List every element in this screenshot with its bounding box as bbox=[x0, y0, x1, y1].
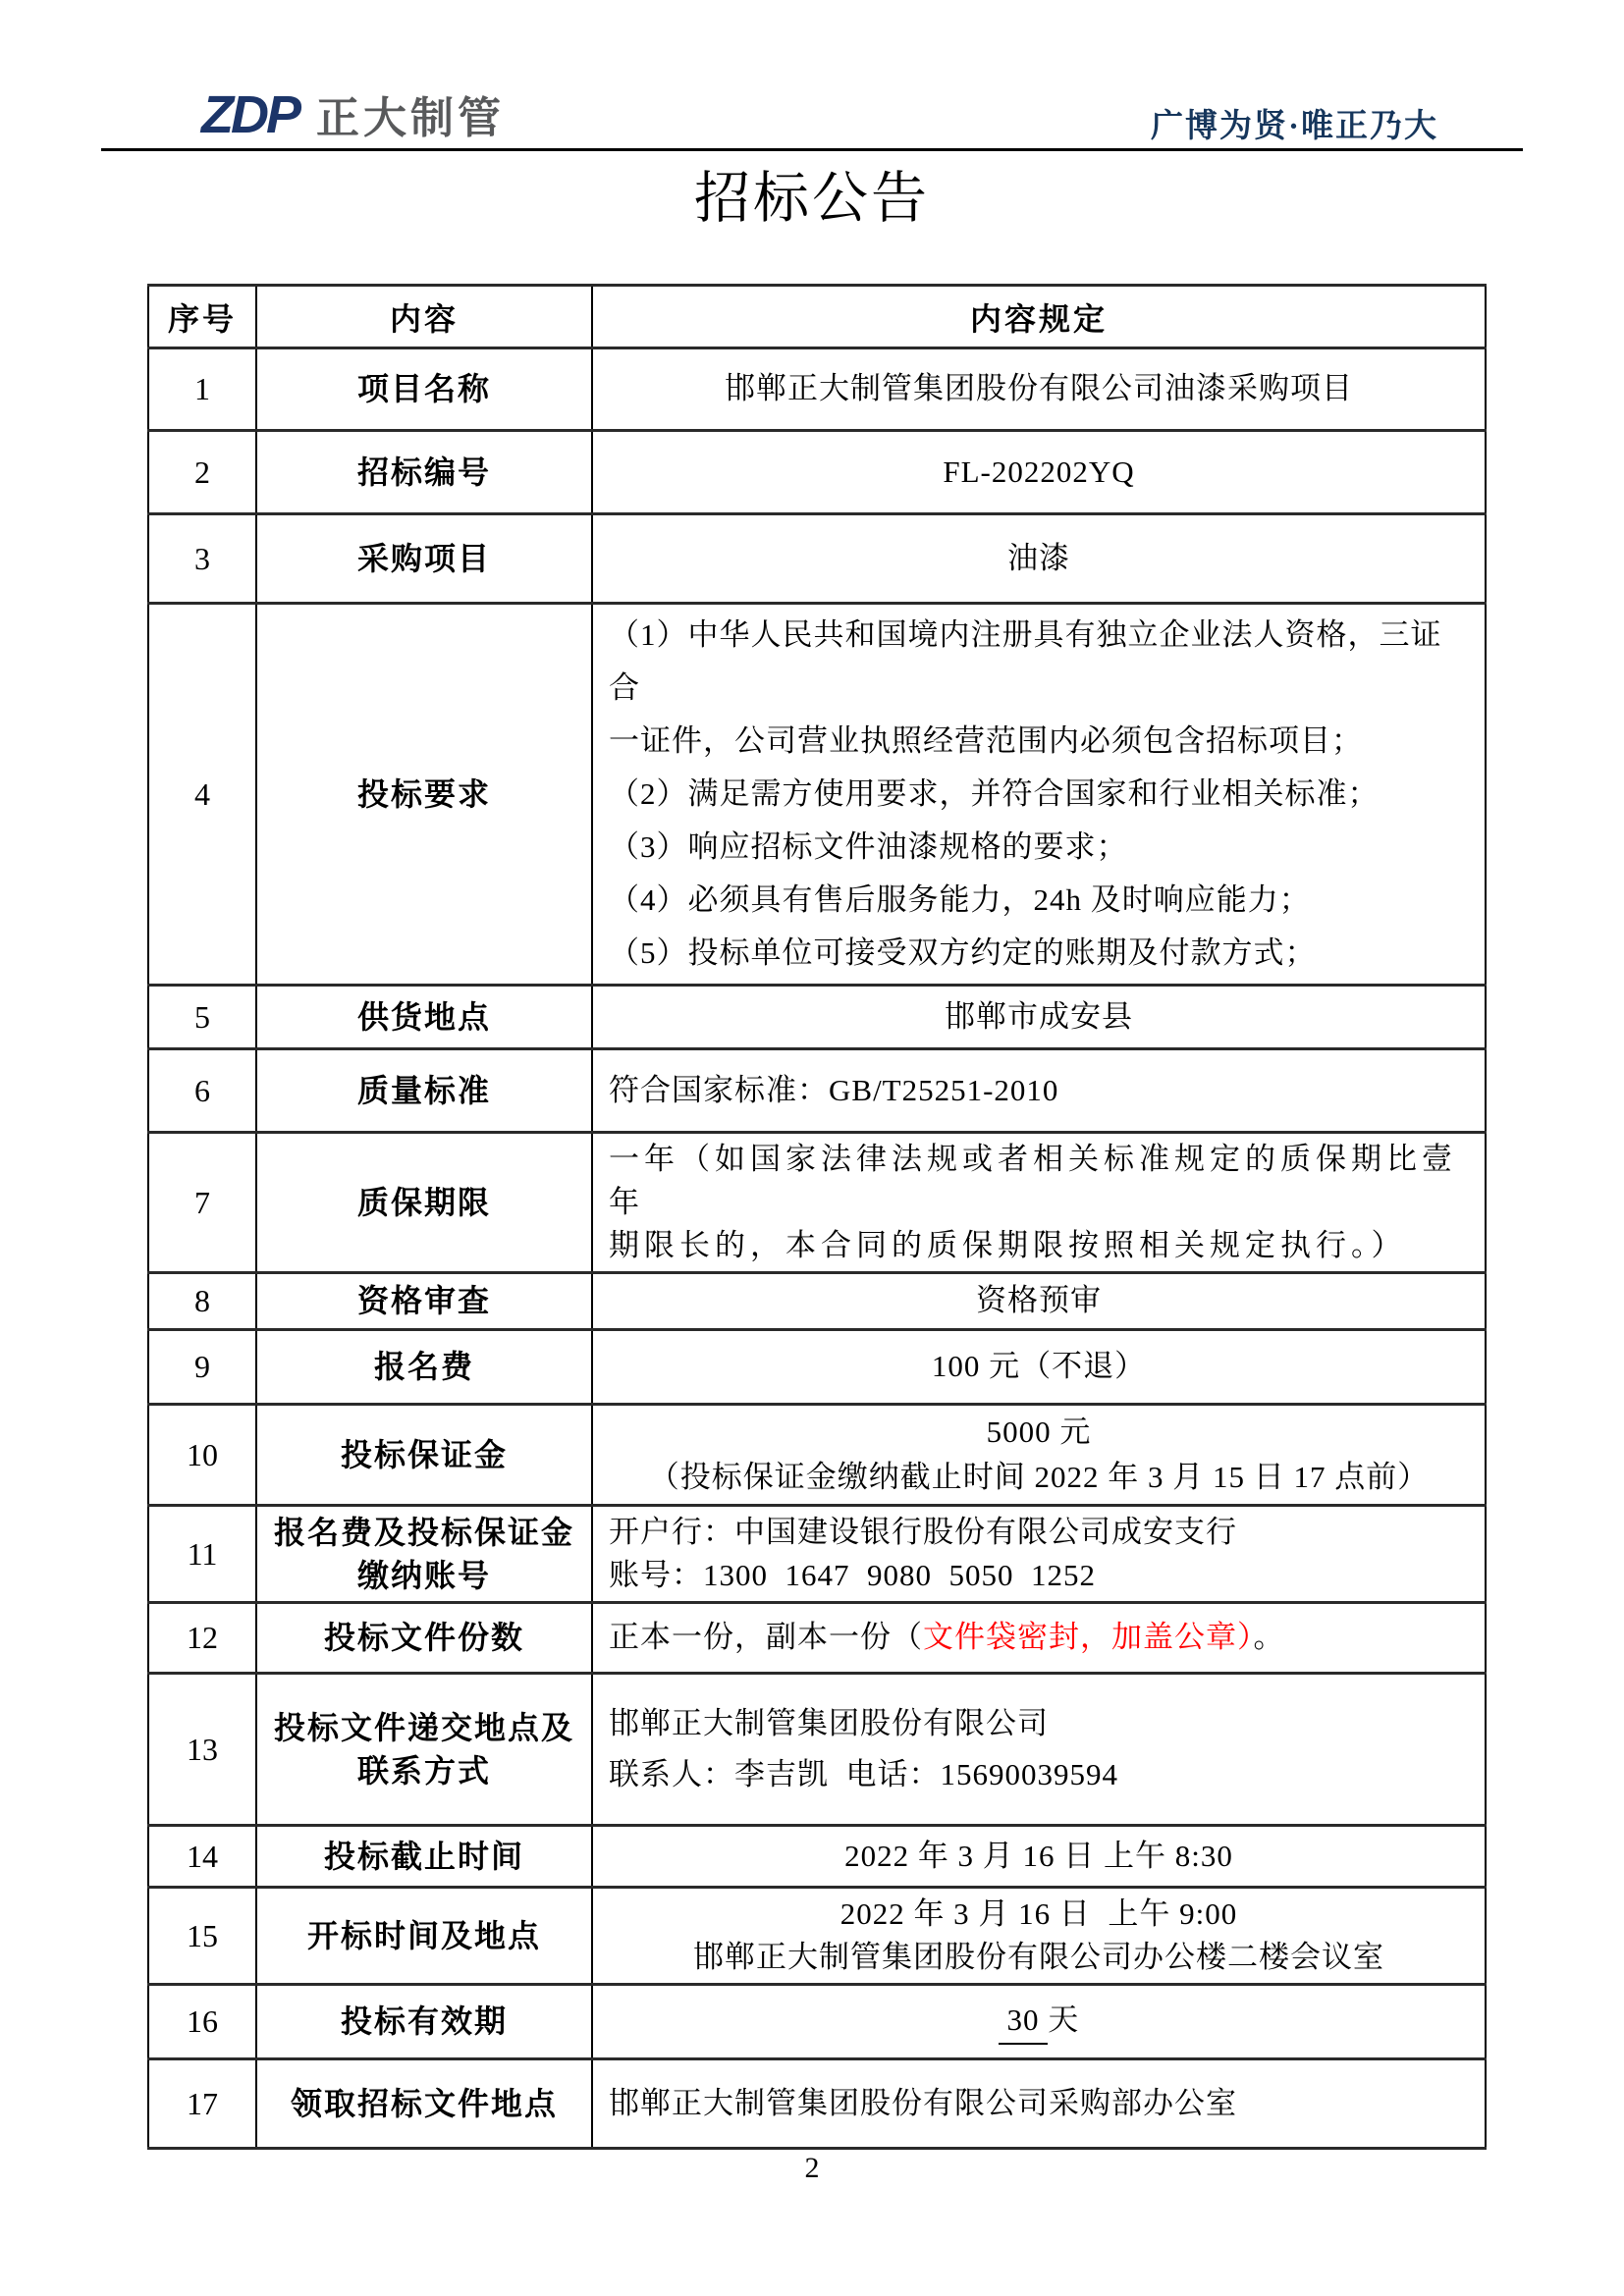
value-line: 邯郸正大制管集团股份有限公司办公楼二楼会议室 bbox=[609, 1936, 1469, 1979]
row-number-cell: 4 bbox=[148, 604, 256, 986]
value-line: 一证件，公司营业执照经营范围内必须包含招标项目； bbox=[609, 715, 1469, 768]
row-value-cell: 邯郸市成安县 bbox=[592, 986, 1486, 1049]
row-label-cell: 资格审查 bbox=[256, 1273, 592, 1330]
value-segment: 一证件，公司营业执照经营范围内必须包含招标项目； bbox=[609, 723, 1363, 758]
value-segment: （投标保证金缴纳截止时间 2022 年 3 月 15 日 17 点前） bbox=[649, 1460, 1430, 1494]
label-line: 投标文件递交地点及 bbox=[257, 1706, 591, 1749]
row-number-cell: 12 bbox=[148, 1603, 256, 1674]
label-line: 缴纳账号 bbox=[257, 1554, 591, 1597]
value-segment: 油漆 bbox=[1007, 541, 1070, 575]
row-number-cell: 10 bbox=[148, 1405, 256, 1506]
label-line: 质量标准 bbox=[257, 1069, 591, 1112]
label-line: 开标时间及地点 bbox=[257, 1914, 591, 1957]
table-row: 11报名费及投标保证金缴纳账号开户行：中国建设银行股份有限公司成安支行账号：13… bbox=[148, 1506, 1486, 1603]
row-number-cell: 7 bbox=[148, 1133, 256, 1273]
row-value-cell: 一年（如国家法律法规或者相关标准规定的质保期比壹年期限长的，本合同的质保期限按照… bbox=[592, 1133, 1486, 1273]
row-number-cell: 3 bbox=[148, 514, 256, 604]
row-value-cell: 2022 年 3 月 16 日 上午 9:00邯郸正大制管集团股份有限公司办公楼… bbox=[592, 1888, 1486, 1985]
value-line: 邯郸市成安县 bbox=[609, 995, 1469, 1040]
label-line: 领取招标文件地点 bbox=[257, 2082, 591, 2125]
value-line: FL-202202YQ bbox=[609, 451, 1469, 495]
value-line: （4）必须具有售后服务能力，24h 及时响应能力； bbox=[609, 874, 1469, 927]
row-number-cell: 17 bbox=[148, 2059, 256, 2149]
label-line: 招标编号 bbox=[257, 451, 591, 494]
value-segment: 期限长的，本合同的质保期限按照相关规定执行。） bbox=[609, 1228, 1407, 1262]
label-line: 投标有效期 bbox=[257, 2000, 591, 2043]
value-segment: 天 bbox=[1048, 2002, 1079, 2037]
value-segment: （4）必须具有售后服务能力，24h 及时响应能力； bbox=[609, 882, 1311, 917]
table-row: 10投标保证金5000 元（投标保证金缴纳截止时间 2022 年 3 月 15 … bbox=[148, 1405, 1486, 1506]
label-line: 资格审查 bbox=[257, 1279, 591, 1322]
table-row: 1项目名称邯郸正大制管集团股份有限公司油漆采购项目 bbox=[148, 348, 1486, 431]
value-segment: FL-202202YQ bbox=[943, 454, 1134, 489]
row-number-cell: 15 bbox=[148, 1888, 256, 1985]
table-row: 14投标截止时间2022 年 3 月 16 日 上午 8:30 bbox=[148, 1826, 1486, 1888]
value-segment: 100 元（不退） bbox=[932, 1349, 1146, 1383]
row-label-cell: 招标编号 bbox=[256, 431, 592, 514]
value-segment: 账号：1300 1647 9080 5050 1252 bbox=[609, 1558, 1096, 1592]
red-highlight-text: 文件袋密封，加盖公章） bbox=[923, 1620, 1254, 1654]
value-line: 账号：1300 1647 9080 5050 1252 bbox=[609, 1554, 1469, 1597]
row-label-cell: 开标时间及地点 bbox=[256, 1888, 592, 1985]
value-segment: 开户行：中国建设银行股份有限公司成安支行 bbox=[609, 1515, 1237, 1549]
table-body: 1项目名称邯郸正大制管集团股份有限公司油漆采购项目2招标编号FL-202202Y… bbox=[148, 348, 1486, 2149]
value-segment: （1）中华人民共和国境内注册具有独立企业法人资格，三证合 bbox=[609, 617, 1442, 705]
value-line: 邯郸正大制管集团股份有限公司 bbox=[609, 1698, 1469, 1749]
row-number-cell: 9 bbox=[148, 1330, 256, 1405]
value-line: 邯郸正大制管集团股份有限公司采购部办公室 bbox=[609, 2082, 1469, 2126]
value-line: 5000 元 bbox=[609, 1410, 1469, 1455]
value-segment: 符合国家标准：GB/T25251-2010 bbox=[609, 1073, 1058, 1107]
row-value-cell: 2022 年 3 月 16 日 上午 8:30 bbox=[592, 1826, 1486, 1888]
value-line: （1）中华人民共和国境内注册具有独立企业法人资格，三证合 bbox=[609, 609, 1469, 715]
row-label-cell: 投标保证金 bbox=[256, 1405, 592, 1506]
row-value-cell: 邯郸正大制管集团股份有限公司油漆采购项目 bbox=[592, 348, 1486, 431]
table-row: 2招标编号FL-202202YQ bbox=[148, 431, 1486, 514]
col-spec-header: 内容规定 bbox=[592, 286, 1486, 348]
value-line: 一年（如国家法律法规或者相关标准规定的质保期比壹年 bbox=[609, 1138, 1469, 1224]
value-segment: 2022 年 3 月 16 日 上午 8:30 bbox=[844, 1839, 1233, 1873]
label-line: 投标文件份数 bbox=[257, 1616, 591, 1659]
table-row: 7质保期限一年（如国家法律法规或者相关标准规定的质保期比壹年期限长的，本合同的质… bbox=[148, 1133, 1486, 1273]
value-segment: 资格预审 bbox=[976, 1283, 1102, 1317]
value-line: 2022 年 3 月 16 日 上午 9:00 bbox=[609, 1893, 1469, 1936]
brand-logo: ZDP 正大制管 bbox=[201, 88, 505, 141]
value-line: 符合国家标准：GB/T25251-2010 bbox=[609, 1069, 1469, 1113]
row-number-cell: 5 bbox=[148, 986, 256, 1049]
table-row: 9报名费100 元（不退） bbox=[148, 1330, 1486, 1405]
label-line: 联系方式 bbox=[257, 1749, 591, 1792]
row-number-cell: 16 bbox=[148, 1985, 256, 2059]
row-label-cell: 投标文件份数 bbox=[256, 1603, 592, 1674]
value-line: 30 天 bbox=[609, 1999, 1469, 2046]
table-row: 4投标要求（1）中华人民共和国境内注册具有独立企业法人资格，三证合一证件，公司营… bbox=[148, 604, 1486, 986]
value-segment: 邯郸市成安县 bbox=[945, 999, 1133, 1034]
document-page: ZDP 正大制管 广博为贤·唯正乃大 招标公告 序号 内容 内容规定 1项目名称… bbox=[0, 0, 1624, 2296]
row-label-cell: 报名费 bbox=[256, 1330, 592, 1405]
value-line: 期限长的，本合同的质保期限按照相关规定执行。） bbox=[609, 1224, 1469, 1267]
value-segment: 。 bbox=[1254, 1620, 1285, 1654]
value-line: 开户行：中国建设银行股份有限公司成安支行 bbox=[609, 1511, 1469, 1554]
row-value-cell: 100 元（不退） bbox=[592, 1330, 1486, 1405]
row-value-cell: FL-202202YQ bbox=[592, 431, 1486, 514]
value-line: 2022 年 3 月 16 日 上午 8:30 bbox=[609, 1835, 1469, 1879]
label-line: 报名费 bbox=[257, 1345, 591, 1388]
row-value-cell: （1）中华人民共和国境内注册具有独立企业法人资格，三证合一证件，公司营业执照经营… bbox=[592, 604, 1486, 986]
row-label-cell: 投标有效期 bbox=[256, 1985, 592, 2059]
row-label-cell: 项目名称 bbox=[256, 348, 592, 431]
col-index-header: 序号 bbox=[148, 286, 256, 348]
row-value-cell: 30 天 bbox=[592, 1985, 1486, 2059]
value-segment: 邯郸正大制管集团股份有限公司油漆采购项目 bbox=[725, 371, 1353, 405]
value-line: 联系人：李吉凯 电话：15690039594 bbox=[609, 1749, 1469, 1800]
value-line: （2）满足需方使用要求，并符合国家和行业相关标准； bbox=[609, 768, 1469, 821]
label-line: 供货地点 bbox=[257, 995, 591, 1039]
label-line: 报名费及投标保证金 bbox=[257, 1511, 591, 1554]
table-row: 5供货地点邯郸市成安县 bbox=[148, 986, 1486, 1049]
page-number: 2 bbox=[0, 2152, 1624, 2185]
row-value-cell: 邯郸正大制管集团股份有限公司联系人：李吉凯 电话：15690039594 bbox=[592, 1674, 1486, 1826]
value-line: 邯郸正大制管集团股份有限公司油漆采购项目 bbox=[609, 367, 1469, 411]
value-line: 100 元（不退） bbox=[609, 1345, 1469, 1389]
row-number-cell: 13 bbox=[148, 1674, 256, 1826]
value-segment: （3）响应招标文件油漆规格的要求； bbox=[609, 829, 1128, 864]
value-line: （5）投标单位可接受双方约定的账期及付款方式； bbox=[609, 927, 1469, 980]
row-label-cell: 投标要求 bbox=[256, 604, 592, 986]
value-segment: （5）投标单位可接受双方约定的账期及付款方式； bbox=[609, 935, 1317, 970]
value-segment: 一年（如国家法律法规或者相关标准规定的质保期比壹年 bbox=[609, 1142, 1457, 1219]
col-content-header: 内容 bbox=[256, 286, 592, 348]
row-label-cell: 采购项目 bbox=[256, 514, 592, 604]
row-label-cell: 领取招标文件地点 bbox=[256, 2059, 592, 2149]
row-label-cell: 投标截止时间 bbox=[256, 1826, 592, 1888]
table-row: 13投标文件递交地点及联系方式邯郸正大制管集团股份有限公司联系人：李吉凯 电话：… bbox=[148, 1674, 1486, 1826]
value-segment: 联系人：李吉凯 电话：15690039594 bbox=[609, 1757, 1118, 1791]
underlined-value: 30 bbox=[999, 1999, 1049, 2046]
tender-table: 序号 内容 内容规定 1项目名称邯郸正大制管集团股份有限公司油漆采购项目2招标编… bbox=[147, 284, 1487, 2150]
label-line: 投标保证金 bbox=[257, 1433, 591, 1476]
value-line: 油漆 bbox=[609, 537, 1469, 581]
table-row: 16投标有效期 30 天 bbox=[148, 1985, 1486, 2059]
page-title: 招标公告 bbox=[0, 153, 1624, 234]
table-row: 12投标文件份数正本一份，副本一份（文件袋密封，加盖公章）。 bbox=[148, 1603, 1486, 1674]
value-segment: 正本一份，副本一份（ bbox=[609, 1620, 923, 1654]
row-number-cell: 14 bbox=[148, 1826, 256, 1888]
value-line: （投标保证金缴纳截止时间 2022 年 3 月 15 日 17 点前） bbox=[609, 1455, 1469, 1500]
row-value-cell: 邯郸正大制管集团股份有限公司采购部办公室 bbox=[592, 2059, 1486, 2149]
label-line: 项目名称 bbox=[257, 367, 591, 410]
row-label-cell: 质保期限 bbox=[256, 1133, 592, 1273]
row-value-cell: 正本一份，副本一份（文件袋密封，加盖公章）。 bbox=[592, 1603, 1486, 1674]
table-row: 3采购项目油漆 bbox=[148, 514, 1486, 604]
value-segment: 邯郸正大制管集团股份有限公司 bbox=[609, 1706, 1049, 1740]
value-segment: 邯郸正大制管集团股份有限公司办公楼二楼会议室 bbox=[693, 1940, 1384, 1974]
value-segment: （2）满足需方使用要求，并符合国家和行业相关标准； bbox=[609, 776, 1380, 811]
row-value-cell: 资格预审 bbox=[592, 1273, 1486, 1330]
company-slogan: 广博为贤·唯正乃大 bbox=[1151, 100, 1438, 146]
value-line: 正本一份，副本一份（文件袋密封，加盖公章）。 bbox=[609, 1616, 1469, 1660]
table-row: 15开标时间及地点2022 年 3 月 16 日 上午 9:00邯郸正大制管集团… bbox=[148, 1888, 1486, 1985]
value-segment: 2022 年 3 月 16 日 上午 9:00 bbox=[840, 1896, 1238, 1931]
value-segment: 5000 元 bbox=[987, 1415, 1092, 1449]
row-number-cell: 2 bbox=[148, 431, 256, 514]
table-row: 17领取招标文件地点邯郸正大制管集团股份有限公司采购部办公室 bbox=[148, 2059, 1486, 2149]
label-line: 投标要求 bbox=[257, 773, 591, 816]
value-line: （3）响应招标文件油漆规格的要求； bbox=[609, 821, 1469, 874]
value-line: 资格预审 bbox=[609, 1279, 1469, 1323]
label-line: 投标截止时间 bbox=[257, 1835, 591, 1878]
row-label-cell: 投标文件递交地点及联系方式 bbox=[256, 1674, 592, 1826]
row-label-cell: 供货地点 bbox=[256, 986, 592, 1049]
table-row: 8资格审查资格预审 bbox=[148, 1273, 1486, 1330]
row-number-cell: 6 bbox=[148, 1049, 256, 1133]
row-label-cell: 报名费及投标保证金缴纳账号 bbox=[256, 1506, 592, 1603]
table-header-row: 序号 内容 内容规定 bbox=[148, 286, 1486, 348]
row-number-cell: 1 bbox=[148, 348, 256, 431]
row-value-cell: 符合国家标准：GB/T25251-2010 bbox=[592, 1049, 1486, 1133]
row-number-cell: 11 bbox=[148, 1506, 256, 1603]
value-segment: 邯郸正大制管集团股份有限公司采购部办公室 bbox=[609, 2086, 1237, 2120]
row-value-cell: 油漆 bbox=[592, 514, 1486, 604]
row-label-cell: 质量标准 bbox=[256, 1049, 592, 1133]
company-name-text: 正大制管 bbox=[316, 97, 505, 140]
row-value-cell: 5000 元（投标保证金缴纳截止时间 2022 年 3 月 15 日 17 点前… bbox=[592, 1405, 1486, 1506]
label-line: 采购项目 bbox=[257, 537, 591, 580]
zdp-logo-text: ZDP bbox=[201, 88, 298, 141]
row-value-cell: 开户行：中国建设银行股份有限公司成安支行账号：1300 1647 9080 50… bbox=[592, 1506, 1486, 1603]
row-number-cell: 8 bbox=[148, 1273, 256, 1330]
header-divider bbox=[101, 148, 1523, 151]
table-row: 6质量标准符合国家标准：GB/T25251-2010 bbox=[148, 1049, 1486, 1133]
label-line: 质保期限 bbox=[257, 1181, 591, 1224]
